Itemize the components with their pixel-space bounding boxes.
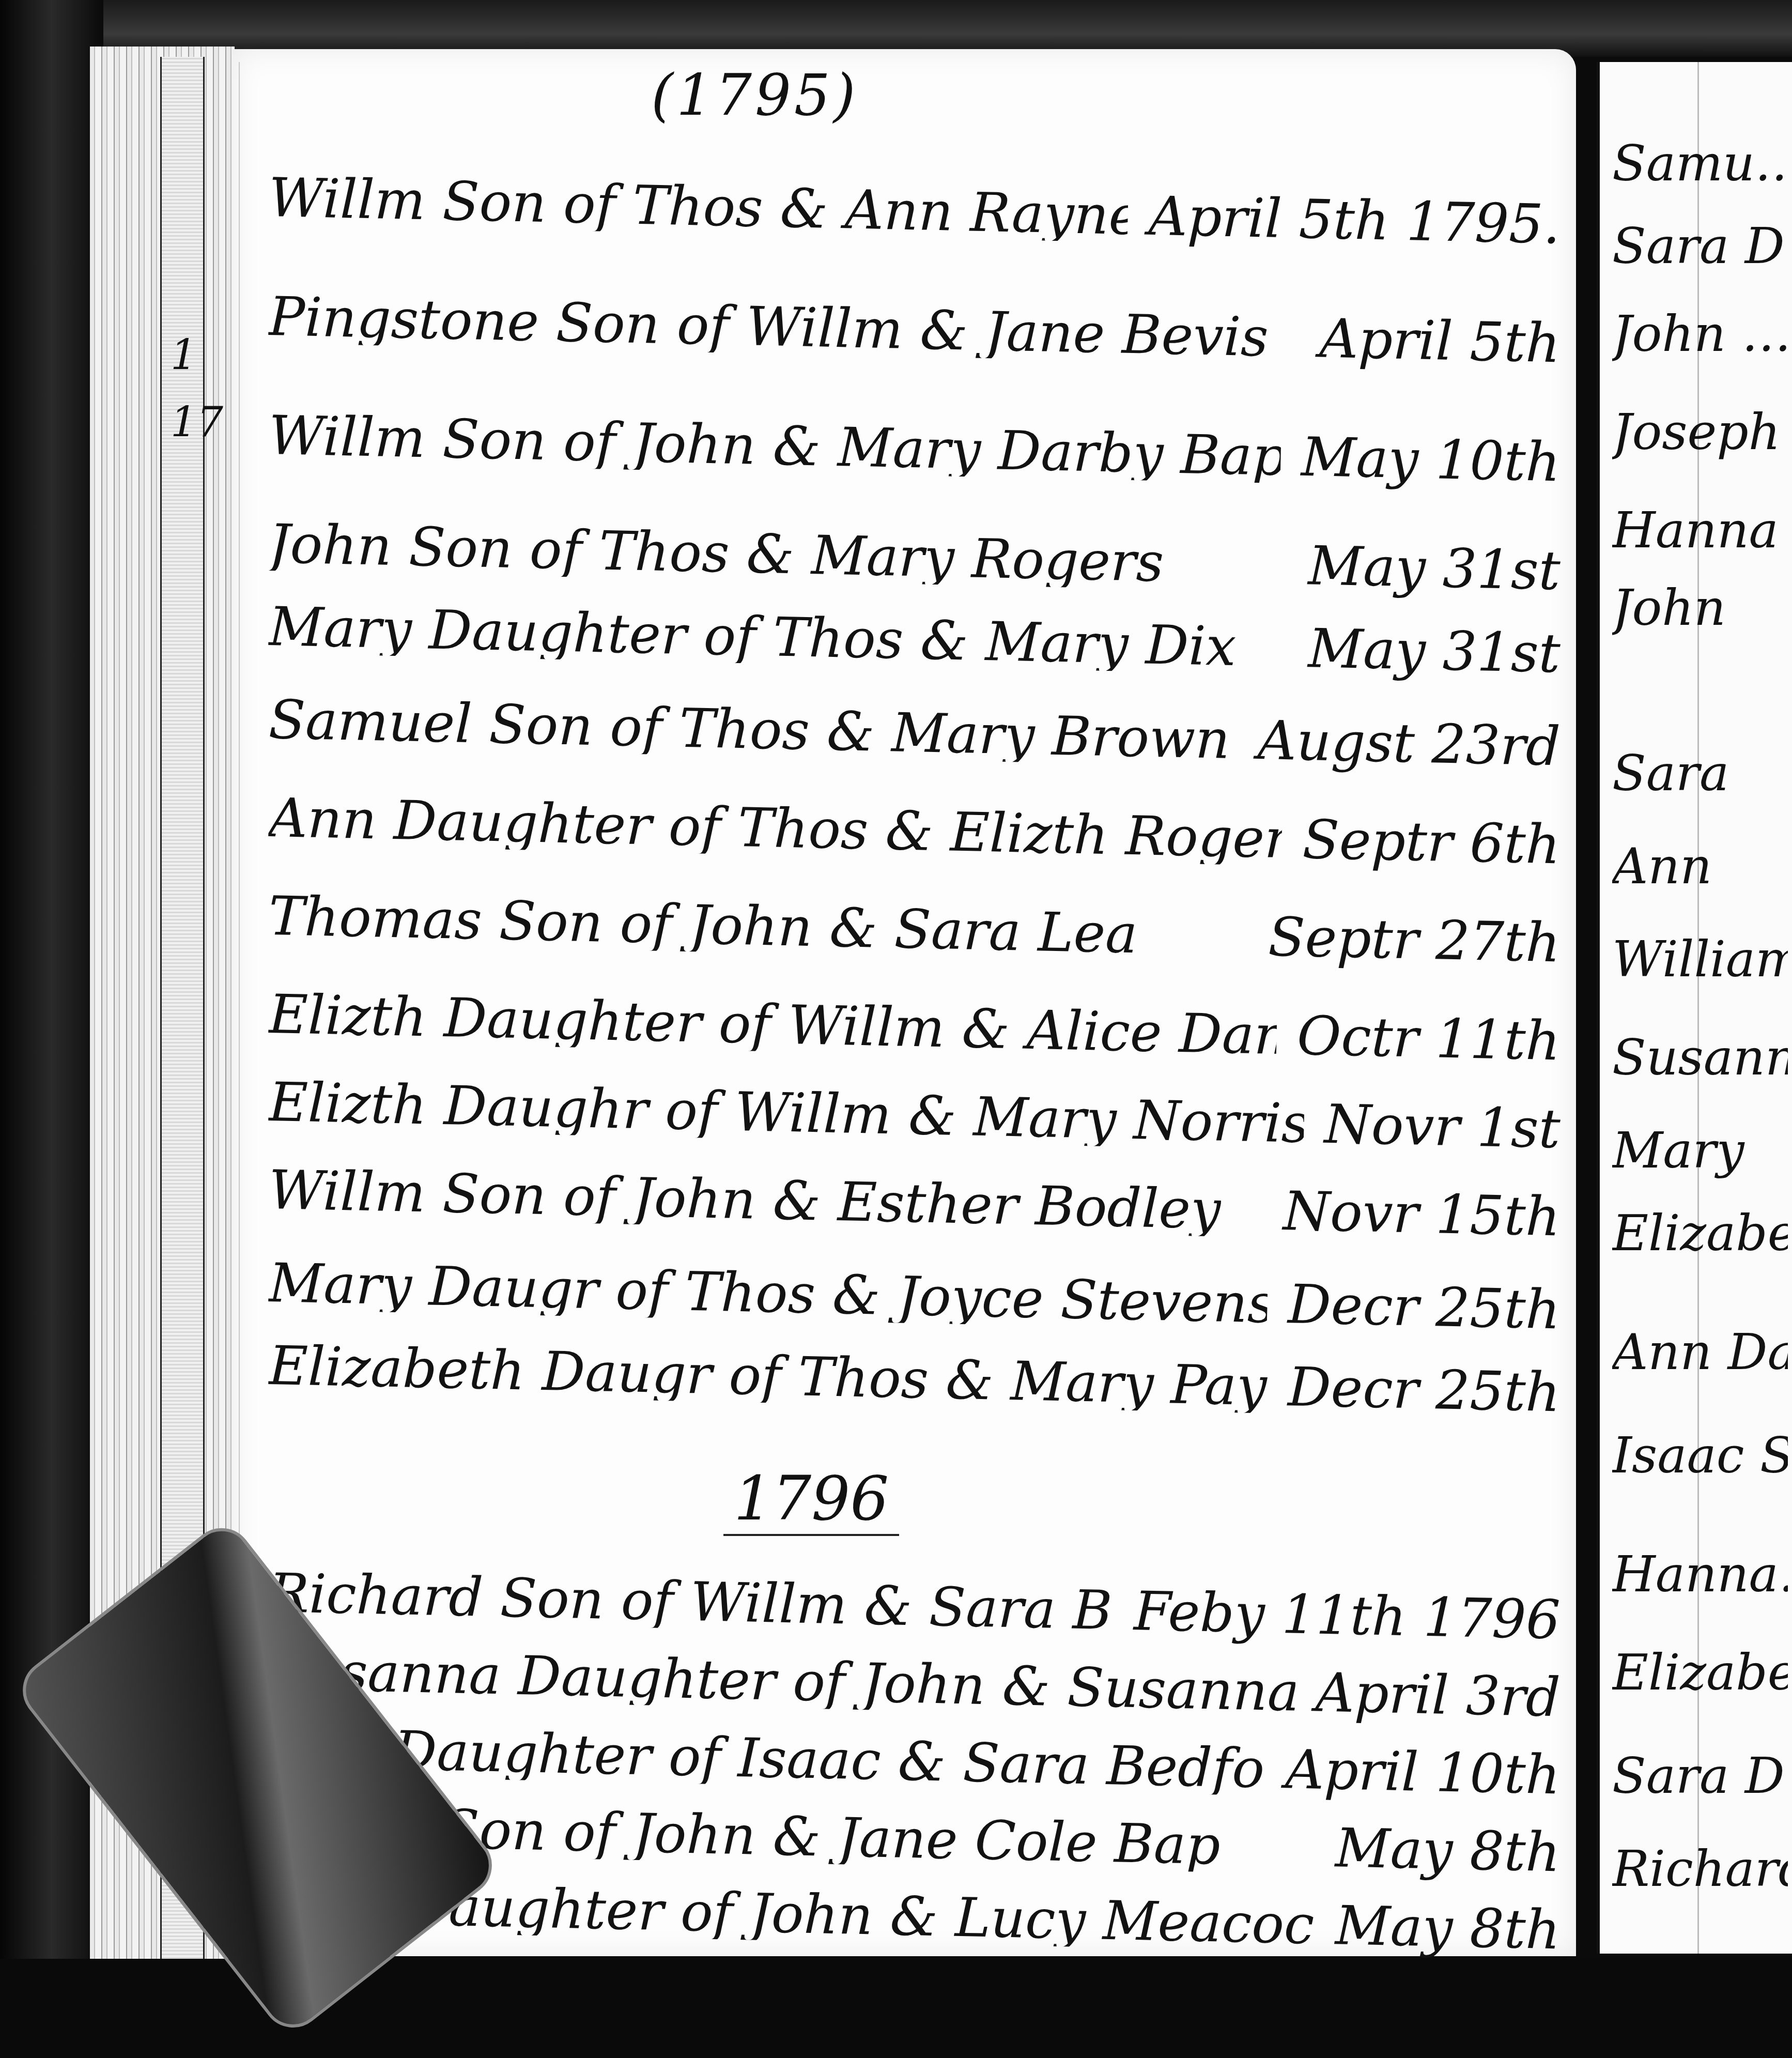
facing-page-fragment: Samu… (1612, 134, 1788, 192)
entry-date: Septr 6th (1302, 812, 1561, 871)
facing-page-fragment: Elizabe… (1612, 1204, 1788, 1262)
facing-page-fragment: Sara D… (1612, 217, 1788, 275)
facing-page-fragment: John (1612, 579, 1788, 637)
facing-page-fragment: Isaac Son… (1612, 1426, 1788, 1484)
facing-page-fragment: William (1612, 930, 1788, 988)
entry-date: April 3rd (1315, 1665, 1561, 1724)
entry-date: Novr 15th (1283, 1184, 1561, 1243)
facing-page-fragment: Ann (1612, 837, 1788, 895)
entry-date: Decr 25th (1287, 1360, 1561, 1419)
facing-page-fragment: Elizabeth… (1612, 1644, 1788, 1701)
entry-date: April 5th 1795. (1148, 189, 1561, 252)
entry-date: May 8th (1335, 1898, 1561, 1957)
facing-page-fragment: Mary (1612, 1122, 1788, 1179)
entry-date: April 10th (1285, 1742, 1561, 1802)
page-header-year: (1795) (651, 62, 859, 128)
facing-page-fragment: Hanna (1612, 501, 1788, 559)
entry-date: Septr 27th (1268, 910, 1561, 970)
entry-date: May 10th (1301, 430, 1561, 489)
entry-date: Feby 11th 1796 (1133, 1584, 1561, 1647)
year-divider: 1796 (723, 1463, 899, 1536)
facing-page-fragment: Joseph (1612, 403, 1788, 461)
entry-date: May 8th (1335, 1821, 1561, 1879)
facing-page-fragment: Sara D… (1612, 1747, 1788, 1805)
facing-page-fragment: Ann Dau… (1612, 1323, 1788, 1381)
facing-page-fragment: John … (1612, 305, 1788, 363)
facing-page-fragment: Richard… (1612, 1840, 1788, 1898)
entry-date: Octr 11th (1296, 1009, 1561, 1068)
facing-page-fragment: Susann… (1612, 1028, 1788, 1086)
entry-date: Decr 25th (1287, 1277, 1561, 1337)
entry-date: Novr 1st (1324, 1097, 1561, 1156)
facing-page-fragment: Sara (1612, 744, 1788, 802)
facing-page-fragment: Hanna… (1612, 1545, 1788, 1603)
margin-note: 17 (171, 398, 223, 446)
entry-date: Augst 23rd (1257, 713, 1561, 773)
entry-date: April 5th (1319, 312, 1561, 371)
binding-top-shadow (0, 0, 1792, 57)
entry-date: May 31st (1308, 539, 1561, 597)
entry-date: May 31st (1308, 621, 1561, 680)
margin-note: 1 (171, 331, 197, 379)
